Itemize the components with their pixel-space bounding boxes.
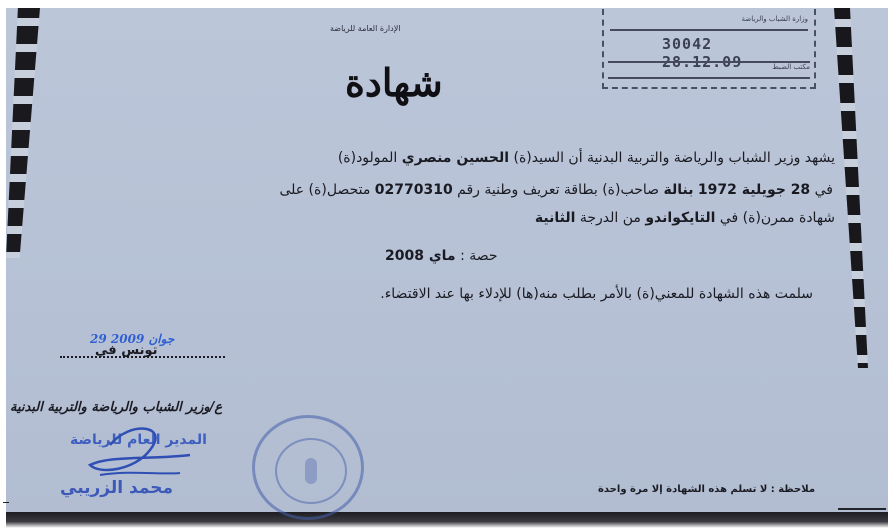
birth-date: 28 جويلية 1972: [698, 182, 810, 198]
certificate-title: شهادة: [345, 60, 443, 105]
birth-place: بنالة: [663, 182, 693, 198]
issuing-department: الإدارة العامة للرياضة: [330, 24, 401, 33]
stamp-top-label: وزارة الشباب والرياضة: [610, 15, 808, 31]
table-edge-shadow: [6, 512, 888, 528]
seal-inner-ring: [275, 438, 347, 504]
degree: الثانية: [535, 210, 576, 226]
body-line-1: يشهد وزير الشباب والرياضة والتربية البدن…: [338, 150, 835, 166]
session-line: حصة : ماي 2008: [385, 248, 498, 264]
registration-stamp: وزارة الشباب والرياضة 30042 28.12.09 مكت…: [602, 9, 816, 89]
note-underline: [838, 508, 886, 510]
seal-emblem-figure: [305, 458, 317, 484]
signature-icon: [70, 415, 200, 495]
stamp-number: 30042: [662, 35, 712, 53]
official-seal-icon: [252, 415, 364, 520]
discipline: التايكواندو: [645, 210, 715, 226]
body-line-2: في 28 جويلية 1972 بنالة صاحب(ة) بطاقة تع…: [279, 182, 833, 198]
footer-note: ملاحظة : لا تسلم هذه الشهادة إلا مرة واح…: [598, 484, 815, 495]
place-date-label: تونس في: [95, 343, 157, 358]
issuance-statement: سلمت هذه الشهادة للمعني(ة) بالأمر بطلب م…: [380, 286, 813, 302]
session-value: ماي 2008: [385, 248, 456, 264]
holder-name: الحسين منصري: [402, 150, 509, 166]
body-line-3: شهادة ممرن(ة) في التايكواندو من الدرجة ا…: [535, 210, 835, 226]
session-label: حصة :: [460, 248, 497, 264]
id-number: 02770310: [375, 182, 453, 198]
edge-mark: [3, 502, 9, 503]
on-behalf-minister: ع/وزير الشباب والرياضة والتربية البدنية: [10, 400, 222, 415]
stamp-bottom-label: مكتب الضبط: [608, 61, 810, 79]
